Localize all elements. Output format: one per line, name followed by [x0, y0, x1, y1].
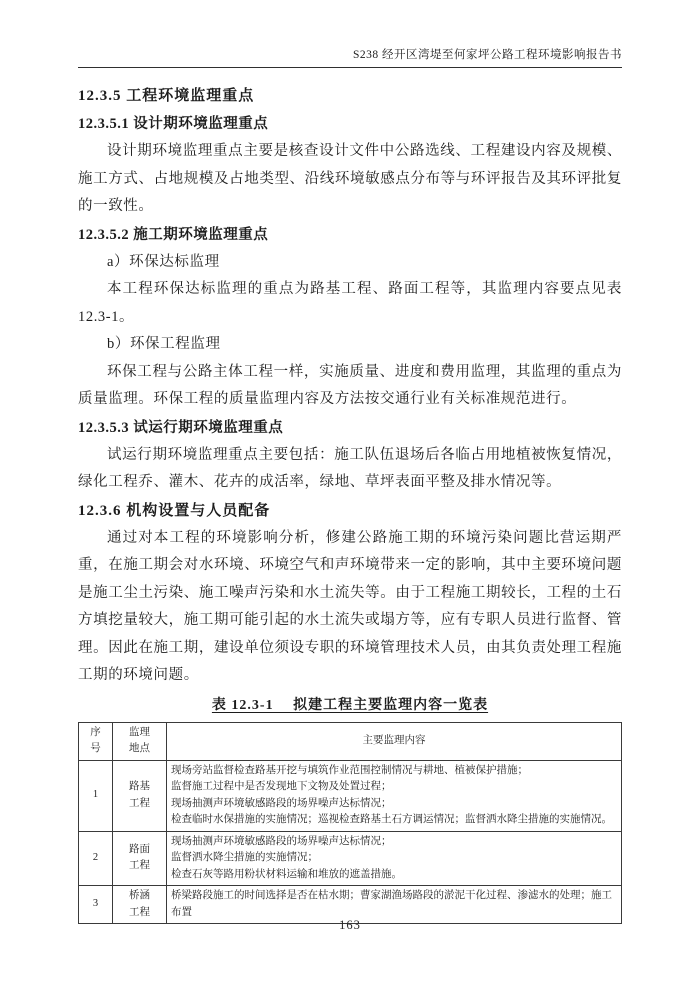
paragraph-trial-period: 试运行期环境监理重点主要包括：施工队伍退场后各临占用地植被恢复情况，绿化工程乔、… — [78, 442, 622, 497]
content-line: 检查临时水保措施的实施情况；巡视检查路基土石方调运情况；监督洒水降尘措施的实施情… — [171, 812, 617, 829]
list-item-a: a）环保达标监理 — [78, 249, 622, 277]
header-cell-no: 序 号 — [79, 722, 113, 760]
page-header: S238 经开区湾堤至何家坪公路工程环境影响报告书 — [78, 48, 622, 68]
page-number: 163 — [0, 918, 700, 933]
paragraph-design-period: 设计期环境监理重点主要是核查设计文件中公路选线、工程建设内容及规模、施工方式、占… — [78, 138, 622, 221]
monitoring-content-table: 序 号 监理 地点 主要监理内容 1 路基 工程 现场旁站监督检查路基开挖与填筑… — [78, 722, 622, 925]
table-row: 2 路面 工程 现场抽测声环境敏感路段的场界噪声达标情况； 监督洒水降尘措施的实… — [79, 831, 622, 886]
paragraph-eco-engineering-supervision: 环保工程与公路主体工程一样，实施质量、进度和费用监理，其监理的重点为质量监理。环… — [78, 359, 622, 414]
section-heading-12353: 12.3.5.3 试运行期环境监理重点 — [78, 414, 622, 442]
content-line: 现场旁站监督检查路基开挖与填筑作业范围控制情况与耕地、植被保护措施； — [171, 763, 617, 780]
table-header-row: 序 号 监理 地点 主要监理内容 — [79, 722, 622, 760]
row-location: 路基 工程 — [113, 760, 167, 831]
content-line: 现场抽测声环境敏感路段的场界噪声达标情况； — [171, 796, 617, 813]
content-line: 监督洒水降尘措施的实施情况； — [171, 850, 617, 867]
content-line: 现场抽测声环境敏感路段的场界噪声达标情况； — [171, 834, 617, 851]
content-line: 桥梁路段施工的时间选择是否在枯水期；曹家湖渔场路段的淤泥干化过程、渗滤水的处理；… — [171, 888, 617, 921]
section-heading-1236: 12.3.6 机构设置与人员配备 — [78, 497, 622, 525]
content-line: 监督施工过程中是否发现地下文物及处置过程； — [171, 779, 617, 796]
row-content: 现场旁站监督检查路基开挖与填筑作业范围控制情况与耕地、植被保护措施； 监督施工过… — [167, 760, 622, 831]
header-cell-content: 主要监理内容 — [167, 722, 622, 760]
report-title: S238 经开区湾堤至何家坪公路工程环境影响报告书 — [353, 49, 622, 61]
list-item-b: b）环保工程监理 — [78, 331, 622, 359]
section-heading-12352: 12.3.5.2 施工期环境监理重点 — [78, 221, 622, 249]
row-location: 路面 工程 — [113, 831, 167, 886]
document-page: S238 经开区湾堤至何家坪公路工程环境影响报告书 12.3.5 工程环境监理重… — [0, 0, 700, 990]
row-number: 2 — [79, 831, 113, 886]
document-body: 12.3.5 工程环境监理重点 12.3.5.1 设计期环境监理重点 设计期环境… — [78, 68, 622, 924]
section-heading-12351: 12.3.5.1 设计期环境监理重点 — [78, 110, 622, 138]
row-number: 1 — [79, 760, 113, 831]
paragraph-compliance-supervision: 本工程环保达标监理的重点为路基工程、路面工程等，其监理内容要点见表12.3-1。 — [78, 276, 622, 331]
table-title: 表 12.3-1 拟建工程主要监理内容一览表 — [78, 694, 622, 718]
section-heading-1235: 12.3.5 工程环境监理重点 — [78, 82, 622, 110]
paragraph-organization-staffing: 通过对本工程的环境影响分析，修建公路施工期的环境污染问题比营运期严重，在施工期会… — [78, 525, 622, 690]
row-content: 现场抽测声环境敏感路段的场界噪声达标情况； 监督洒水降尘措施的实施情况； 检查石… — [167, 831, 622, 886]
content-line: 检查石灰等路用粉状材料运输和堆放的遮盖措施。 — [171, 867, 617, 884]
header-cell-location: 监理 地点 — [113, 722, 167, 760]
table-title-text: 表 12.3-1 拟建工程主要监理内容一览表 — [212, 698, 488, 713]
table-row: 1 路基 工程 现场旁站监督检查路基开挖与填筑作业范围控制情况与耕地、植被保护措… — [79, 760, 622, 831]
